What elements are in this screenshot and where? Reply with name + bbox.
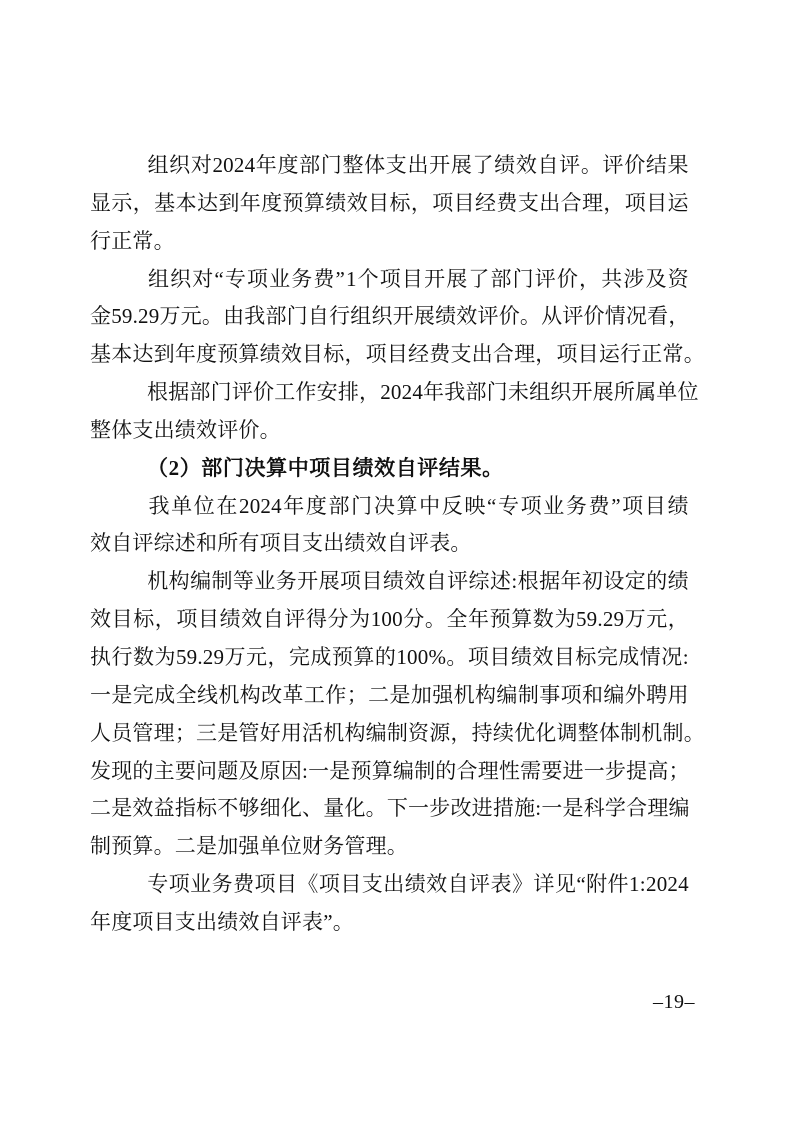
text-token: 项 bbox=[366, 336, 387, 374]
text-token: 评 bbox=[535, 261, 556, 299]
text-token: 全 bbox=[446, 601, 467, 639]
text-token: 行 bbox=[111, 639, 132, 677]
text-token: 工 bbox=[304, 677, 325, 715]
text-token: 出 bbox=[407, 147, 428, 185]
text-token: 事 bbox=[539, 677, 560, 715]
text-token: 目 bbox=[302, 336, 323, 374]
text-token: 部 bbox=[465, 374, 486, 412]
text-token: 组 bbox=[148, 261, 169, 299]
text-token: 年 bbox=[423, 374, 444, 412]
text-token: 织 bbox=[169, 147, 190, 185]
text-token: 标 bbox=[575, 639, 596, 677]
text-token: 性 bbox=[499, 753, 520, 791]
text-token: 改 bbox=[261, 677, 282, 715]
text-token: 自 bbox=[448, 866, 469, 904]
text-token: 在 bbox=[216, 488, 237, 526]
text-token: 部 bbox=[189, 374, 210, 412]
text-token: 三 bbox=[196, 715, 217, 753]
text-token: 预 bbox=[217, 336, 238, 374]
text-token: 费 bbox=[233, 866, 254, 904]
text-token: ， bbox=[133, 185, 154, 223]
text-token: 据 bbox=[168, 374, 189, 412]
text-token: 算 bbox=[353, 639, 374, 677]
text-token: 完 bbox=[289, 639, 310, 677]
text-token: 是 bbox=[329, 753, 350, 791]
text-token: 。 bbox=[684, 336, 705, 374]
text-token: 组 bbox=[147, 147, 168, 185]
text-token: ， bbox=[668, 601, 689, 639]
text-token: 。 bbox=[366, 790, 387, 828]
text-token: 开 bbox=[429, 147, 450, 185]
text-token: 是 bbox=[217, 715, 238, 753]
text-token: 万 bbox=[625, 601, 646, 639]
text-token: 的 bbox=[132, 753, 153, 791]
text-token: 年 bbox=[468, 601, 489, 639]
text-token: 从 bbox=[541, 298, 562, 336]
text-token: 指 bbox=[175, 790, 196, 828]
text-token: 度 bbox=[277, 147, 298, 185]
text-token: 项 bbox=[432, 185, 453, 223]
text-token: 100 bbox=[371, 601, 403, 639]
text-token: 2024 bbox=[239, 488, 282, 526]
text-token: 绩 bbox=[405, 866, 426, 904]
text-token: 开 bbox=[571, 374, 592, 412]
text-token: 业 bbox=[254, 563, 275, 601]
text-token: 开 bbox=[424, 261, 445, 299]
page-number: –19– bbox=[653, 990, 695, 1014]
text-token: 费 bbox=[313, 261, 334, 299]
text-token: 支 bbox=[362, 866, 383, 904]
text-token: 出 bbox=[472, 336, 493, 374]
text-token: 支 bbox=[386, 147, 407, 185]
text-token: 化 bbox=[281, 790, 302, 828]
text-token: 59.29 bbox=[576, 601, 624, 639]
text-token: 机 bbox=[323, 715, 344, 753]
text-token: ” bbox=[611, 488, 621, 526]
text-token: 2024 bbox=[646, 866, 689, 904]
text-token: 机 bbox=[641, 715, 662, 753]
text-token: 万 bbox=[224, 639, 245, 677]
text-token: 员 bbox=[111, 715, 132, 753]
text-line: 金59.29万元。由我部门自行组织开展绩效评价。从评价情况看， bbox=[90, 298, 689, 336]
text-token: 构 bbox=[169, 563, 190, 601]
text-token: 综 bbox=[469, 563, 490, 601]
text-token: 标 bbox=[133, 601, 154, 639]
text-token: “ bbox=[576, 866, 586, 904]
text-token: 评 bbox=[559, 147, 580, 185]
text-token: 预 bbox=[283, 185, 304, 223]
text-token: 展 bbox=[451, 147, 472, 185]
text-token: 资 bbox=[408, 715, 429, 753]
text-token: 业 bbox=[190, 866, 211, 904]
text-token: 正 bbox=[641, 336, 662, 374]
text-token: 分 bbox=[328, 601, 349, 639]
text-token: 位 bbox=[194, 488, 215, 526]
text-token: 机 bbox=[147, 563, 168, 601]
text-token: 项 bbox=[556, 336, 577, 374]
text-token: 运 bbox=[599, 336, 620, 374]
text-token: 措 bbox=[493, 790, 514, 828]
text-token: 部 bbox=[329, 488, 350, 526]
text-token: 一 bbox=[541, 790, 562, 828]
text-token: 施 bbox=[514, 790, 535, 828]
text-token: 的 bbox=[375, 639, 396, 677]
text-token: 评 bbox=[562, 298, 583, 336]
text-token: 够 bbox=[238, 790, 259, 828]
text-token: 需 bbox=[520, 753, 541, 791]
text-token: 优 bbox=[514, 715, 535, 753]
text-line: 整体支出绩效评价。 bbox=[90, 412, 689, 450]
text-token: 。 bbox=[202, 298, 223, 336]
text-token: 务 bbox=[276, 563, 297, 601]
text-token: 进 bbox=[563, 753, 584, 791]
text-token: 步 bbox=[605, 753, 626, 791]
first-line-indent bbox=[90, 512, 147, 513]
text-token: ， bbox=[411, 185, 432, 223]
text-token: 到 bbox=[218, 185, 239, 223]
text-token: 成 bbox=[618, 639, 639, 677]
text-token: 成 bbox=[310, 639, 331, 677]
text-token: ， bbox=[603, 185, 624, 223]
text-token: 共 bbox=[601, 261, 622, 299]
text-token: 经 bbox=[408, 336, 429, 374]
text-token: 元 bbox=[246, 639, 267, 677]
text-token: 效 bbox=[281, 336, 302, 374]
text-token: 构 bbox=[240, 677, 261, 715]
text-token: 门 bbox=[287, 298, 308, 336]
text-token: 续 bbox=[493, 715, 514, 753]
text-token: 及 bbox=[238, 753, 259, 791]
text-token: 专 bbox=[498, 488, 519, 526]
text-token: 预 bbox=[490, 601, 511, 639]
text-token: 织 bbox=[170, 261, 191, 299]
text-token: “ bbox=[487, 488, 497, 526]
text-token: 制 bbox=[211, 563, 232, 601]
text-token: 人 bbox=[90, 715, 111, 753]
text-token: 制 bbox=[662, 715, 683, 753]
first-line-indent bbox=[90, 171, 147, 172]
text-token: 效 bbox=[404, 563, 425, 601]
text-line: 根据部门评价工作安排，2024年我部门未组织开展所属单位 bbox=[90, 374, 689, 412]
text-token: 合 bbox=[626, 790, 647, 828]
text-token: “ bbox=[214, 261, 224, 299]
text-token: ， bbox=[359, 374, 380, 412]
text-token: 是 bbox=[389, 677, 410, 715]
text-token: 绩 bbox=[511, 639, 532, 677]
text-token: 为 bbox=[154, 639, 175, 677]
text-line: 发现的主要问题及原因:一是预算编制的合理性需要进一步提高； bbox=[90, 753, 689, 791]
text-token: 我 bbox=[148, 488, 169, 526]
text-token: 目 bbox=[276, 866, 297, 904]
text-token: 情 bbox=[605, 298, 626, 336]
text-token: 表 bbox=[491, 866, 512, 904]
text-token: 体 bbox=[364, 147, 385, 185]
text-token: 2024 bbox=[380, 374, 423, 412]
text-line: 效自评综述和所有项目支出绩效自评表。 bbox=[90, 525, 689, 563]
text-token: 况 bbox=[661, 639, 682, 677]
text-token: 好 bbox=[260, 715, 281, 753]
text-token: 经 bbox=[475, 185, 496, 223]
first-line-indent bbox=[90, 398, 147, 399]
text-token: 全 bbox=[176, 677, 197, 715]
first-line-indent bbox=[90, 890, 147, 891]
text-token: ， bbox=[579, 261, 600, 299]
text-token: 制 bbox=[387, 715, 408, 753]
text-token: 本 bbox=[176, 185, 197, 223]
text-token: 效 bbox=[516, 147, 537, 185]
text-token: 自 bbox=[263, 601, 284, 639]
text-token: 目 bbox=[387, 336, 408, 374]
text-token: 原 bbox=[260, 753, 281, 791]
text-token: 元 bbox=[181, 298, 202, 336]
text-line: 机构编制等业务开展项目绩效自评综述:根据年初设定的绩 bbox=[90, 563, 689, 601]
text-token: 编 bbox=[669, 790, 690, 828]
text-token: 标 bbox=[196, 790, 217, 828]
text-token: ； bbox=[347, 677, 368, 715]
text-token: 管 bbox=[238, 715, 259, 753]
text-token: 单 bbox=[656, 374, 677, 412]
text-token: 项 bbox=[625, 185, 646, 223]
text-token: 费 bbox=[496, 185, 517, 223]
text-token: 达 bbox=[132, 336, 153, 374]
text-token: 源 bbox=[429, 715, 450, 753]
text-token: 工 bbox=[274, 374, 295, 412]
text-token: 执 bbox=[90, 639, 111, 677]
text-token: 作 bbox=[325, 677, 346, 715]
document-page: 组织对2024年度部门整体支出开展了绩效自评。评价结果显示，基本达到年度预算绩效… bbox=[0, 0, 793, 1122]
text-token: 算 bbox=[511, 601, 532, 639]
text-token: 门 bbox=[211, 374, 232, 412]
text-token: 度 bbox=[196, 336, 217, 374]
text-token: 组 bbox=[350, 298, 371, 336]
text-token: 及 bbox=[645, 261, 666, 299]
text-token: 要 bbox=[175, 753, 196, 791]
text-token: 出 bbox=[383, 866, 404, 904]
text-line: 行正常。 bbox=[90, 223, 689, 261]
text-token: ， bbox=[344, 336, 365, 374]
text-token: ， bbox=[668, 298, 689, 336]
text-token: 提 bbox=[626, 753, 647, 791]
text-token: 作 bbox=[295, 374, 316, 412]
text-token: 等 bbox=[233, 563, 254, 601]
text-token: 基 bbox=[90, 336, 111, 374]
text-token: 元 bbox=[646, 601, 667, 639]
text-token: 理 bbox=[647, 790, 668, 828]
text-token: 出 bbox=[539, 185, 560, 223]
text-token: 效 bbox=[90, 601, 111, 639]
text-token: 线 bbox=[197, 677, 218, 715]
text-line: 我单位在2024年度部门决算中反映“专项业务费”项目绩 bbox=[90, 488, 689, 526]
text-token: 编 bbox=[496, 677, 517, 715]
text-token: 务 bbox=[566, 488, 587, 526]
text-token: 用 bbox=[668, 677, 689, 715]
text-token: ， bbox=[450, 715, 471, 753]
text-token: 价 bbox=[624, 147, 645, 185]
section-heading: （2）部门决算中项目绩效自评结果。 bbox=[90, 450, 689, 488]
text-token: 加 bbox=[411, 677, 432, 715]
text-token: 1 bbox=[346, 261, 357, 299]
text-token: 评 bbox=[603, 147, 624, 185]
text-token: 位 bbox=[677, 374, 698, 412]
text-token: 。 bbox=[581, 147, 602, 185]
text-token: 件 bbox=[608, 866, 629, 904]
text-token: 合 bbox=[561, 185, 582, 223]
text-token: 量 bbox=[323, 790, 344, 828]
text-token: 进 bbox=[472, 790, 493, 828]
text-token: 合 bbox=[457, 753, 478, 791]
text-token: 达 bbox=[197, 185, 218, 223]
first-line-indent bbox=[90, 285, 147, 286]
text-token: 织 bbox=[371, 298, 392, 336]
text-token: 机 bbox=[218, 677, 239, 715]
text-line: 二是效益指标不够细化、量化。下一步改进措施:一是科学合理编 bbox=[90, 790, 689, 828]
text-token: 59.29 bbox=[111, 298, 159, 336]
text-token: 调 bbox=[556, 715, 577, 753]
text-token: 根 bbox=[147, 374, 168, 412]
text-token: 根 bbox=[518, 563, 539, 601]
text-token: ， bbox=[535, 336, 556, 374]
text-token: 下 bbox=[387, 790, 408, 828]
text-token: 部 bbox=[299, 147, 320, 185]
text-token: 项 bbox=[521, 488, 542, 526]
text-token: 评 bbox=[478, 298, 499, 336]
text-token: 组 bbox=[529, 374, 550, 412]
text-token: 目 bbox=[489, 639, 510, 677]
text-token: 未 bbox=[508, 374, 529, 412]
text-token: 资 bbox=[668, 261, 689, 299]
text-token: 持 bbox=[472, 715, 493, 753]
text-token: 。 bbox=[684, 715, 705, 753]
text-token: 数 bbox=[533, 601, 554, 639]
text-token: 预 bbox=[350, 753, 371, 791]
text-token: 编 bbox=[393, 753, 414, 791]
text-line: 组织对“专项业务费”1个项目开展了部门评价，共涉及资 bbox=[90, 261, 689, 299]
text-token: 一 bbox=[584, 753, 605, 791]
text-token: 机 bbox=[454, 677, 475, 715]
text-token: 绩 bbox=[220, 601, 241, 639]
text-token: 金 bbox=[90, 298, 111, 336]
text-token: 效 bbox=[532, 639, 553, 677]
text-token: 安 bbox=[317, 374, 338, 412]
text-token: 运 bbox=[668, 185, 689, 223]
text-token: 展 bbox=[414, 298, 435, 336]
text-token: 项 bbox=[169, 866, 190, 904]
text-token: 、 bbox=[302, 790, 323, 828]
text-token: 反 bbox=[442, 488, 463, 526]
text-token: 制 bbox=[414, 753, 435, 791]
text-token: 展 bbox=[319, 563, 340, 601]
text-token: 不 bbox=[217, 790, 238, 828]
text-token: 决 bbox=[374, 488, 395, 526]
text-token: 为 bbox=[349, 601, 370, 639]
text-token: 万 bbox=[159, 298, 180, 336]
text-token: 目 bbox=[198, 601, 219, 639]
text-token: 算 bbox=[304, 185, 325, 223]
text-token: 化 bbox=[344, 790, 365, 828]
text-token: 主 bbox=[154, 753, 175, 791]
text-token: 整 bbox=[342, 147, 363, 185]
text-token: 是 bbox=[111, 677, 132, 715]
text-token: 排 bbox=[338, 374, 359, 412]
text-token: 项 bbox=[340, 563, 361, 601]
text-token: 是 bbox=[563, 790, 584, 828]
text-token: 开 bbox=[393, 298, 414, 336]
text-token: 自 bbox=[426, 563, 447, 601]
text-token: 理 bbox=[154, 715, 175, 753]
text-token: 活 bbox=[302, 715, 323, 753]
text-token: 完 bbox=[133, 677, 154, 715]
text-token: 示 bbox=[111, 185, 132, 223]
text-token: 和 bbox=[582, 677, 603, 715]
text-token: 目 bbox=[368, 185, 389, 223]
text-token: 看 bbox=[647, 298, 668, 336]
text-line: 制预算。二是加强单位财务管理。 bbox=[90, 828, 689, 866]
text-token: 了 bbox=[472, 147, 493, 185]
text-token: 目 bbox=[646, 185, 667, 223]
text-token: 《 bbox=[297, 866, 318, 904]
text-token: 化 bbox=[535, 715, 556, 753]
text-token: 步 bbox=[429, 790, 450, 828]
text-token: 情 bbox=[640, 639, 661, 677]
text-token: 绩 bbox=[325, 185, 346, 223]
text-token: 为 bbox=[554, 601, 575, 639]
text-token: 一 bbox=[308, 753, 329, 791]
text-token: 务 bbox=[212, 866, 233, 904]
text-token: 我 bbox=[244, 298, 265, 336]
text-token: 年 bbox=[175, 336, 196, 374]
text-token: 益 bbox=[154, 790, 175, 828]
text-token: 价 bbox=[557, 261, 578, 299]
text-token: 对 bbox=[191, 147, 212, 185]
text-token: 一 bbox=[408, 790, 429, 828]
text-token: : bbox=[511, 563, 517, 601]
text-token: 绩 bbox=[435, 298, 456, 336]
text-token: 外 bbox=[625, 677, 646, 715]
text-token: 附 bbox=[586, 866, 607, 904]
text-token: 支 bbox=[518, 185, 539, 223]
text-token: 织 bbox=[550, 374, 571, 412]
text-token: 制 bbox=[518, 677, 539, 715]
text-line: 组织对2024年度部门整体支出开展了绩效自评。评价结果 bbox=[90, 147, 689, 185]
text-token: 制 bbox=[620, 715, 641, 753]
text-token: 费 bbox=[429, 336, 450, 374]
text-token: 价 bbox=[499, 298, 520, 336]
text-token: 绩 bbox=[383, 563, 404, 601]
text-token: 支 bbox=[450, 336, 471, 374]
text-token: 。 bbox=[425, 601, 446, 639]
text-token: 革 bbox=[283, 677, 304, 715]
text-token: 标 bbox=[389, 185, 410, 223]
text-token: 况 bbox=[626, 298, 647, 336]
text-token: 定 bbox=[625, 563, 646, 601]
text-token: 59.29 bbox=[176, 639, 224, 677]
text-token: 二 bbox=[368, 677, 389, 715]
text-token: 评 bbox=[284, 601, 305, 639]
text-line: 一是完成全线机构改革工作；二是加强机构编制事项和编外聘用 bbox=[90, 677, 689, 715]
text-token: 中 bbox=[419, 488, 440, 526]
text-token: 单 bbox=[171, 488, 192, 526]
text-token: 所 bbox=[614, 374, 635, 412]
text-line: 专项业务费项目《项目支出绩效自评表》详见“附件1:2024 bbox=[90, 866, 689, 904]
text-token: 分 bbox=[403, 601, 424, 639]
text-token: 发 bbox=[90, 753, 111, 791]
text-token: 门 bbox=[321, 147, 342, 185]
text-token: 构 bbox=[344, 715, 365, 753]
text-token: 效 bbox=[241, 601, 262, 639]
text-token: 100% bbox=[396, 639, 446, 677]
text-token: 完 bbox=[597, 639, 618, 677]
text-token: 到 bbox=[154, 336, 175, 374]
